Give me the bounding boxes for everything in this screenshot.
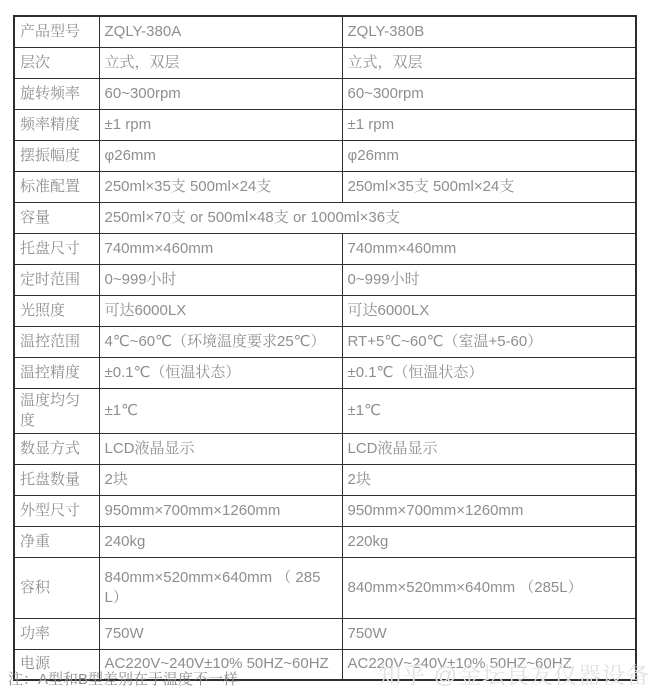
row-label: 标准配置 — [14, 171, 99, 202]
cell-model-a: LCD液晶显示 — [99, 433, 342, 464]
cell-model-a: 250ml×35支 500ml×24支 — [99, 171, 342, 202]
spec-table-body: 产品型号ZQLY-380AZQLY-380B层次立式，双层立式，双层旋转频率60… — [14, 16, 636, 680]
row-label: 托盘数量 — [14, 464, 99, 495]
cell-model-b: ±1℃ — [342, 388, 636, 433]
table-row: 频率精度±1 rpm±1 rpm — [14, 109, 636, 140]
table-row: 温控精度±0.1℃（恒温状态）±0.1℃（恒温状态） — [14, 357, 636, 388]
cell-model-b: 立式，双层 — [342, 47, 636, 78]
cell-model-b: 250ml×35支 500ml×24支 — [342, 171, 636, 202]
cell-model-a: ±0.1℃（恒温状态） — [99, 357, 342, 388]
cell-model-a: ZQLY-380A — [99, 16, 342, 47]
row-label: 温度均匀度 — [14, 388, 99, 433]
table-row: 容量250ml×70支 or 500ml×48支 or 1000ml×36支 — [14, 202, 636, 233]
cell-model-b: LCD液晶显示 — [342, 433, 636, 464]
table-row: 旋转频率60~300rpm60~300rpm — [14, 78, 636, 109]
row-label: 容量 — [14, 202, 99, 233]
cell-model-b: 0~999小时 — [342, 264, 636, 295]
cell-both-models: 250ml×70支 or 500ml×48支 or 1000ml×36支 — [99, 202, 636, 233]
table-row: 外型尺寸950mm×700mm×1260mm950mm×700mm×1260mm — [14, 495, 636, 526]
cell-model-a: 840mm×520mm×640mm （ 285 L） — [99, 557, 342, 618]
row-label: 托盘尺寸 — [14, 233, 99, 264]
row-label: 温控范围 — [14, 326, 99, 357]
row-label: 外型尺寸 — [14, 495, 99, 526]
table-row: 净重240kg220kg — [14, 526, 636, 557]
cell-model-b: ±1 rpm — [342, 109, 636, 140]
row-label: 光照度 — [14, 295, 99, 326]
table-row: 数显方式LCD液晶显示LCD液晶显示 — [14, 433, 636, 464]
cell-model-a: φ26mm — [99, 140, 342, 171]
cell-model-b: φ26mm — [342, 140, 636, 171]
cell-model-b: 2块 — [342, 464, 636, 495]
cell-model-a: 可达6000LX — [99, 295, 342, 326]
row-label: 功率 — [14, 618, 99, 649]
spec-table: 产品型号ZQLY-380AZQLY-380B层次立式，双层立式，双层旋转频率60… — [13, 15, 637, 681]
cell-model-b: 60~300rpm — [342, 78, 636, 109]
cell-model-b: ZQLY-380B — [342, 16, 636, 47]
row-label: 旋转频率 — [14, 78, 99, 109]
cell-model-b: 可达6000LX — [342, 295, 636, 326]
footnote-text: 注：A型和B型差别在于温度不一样 — [8, 668, 238, 689]
cell-model-a: 4℃~60℃（环境温度要求25℃） — [99, 326, 342, 357]
cell-model-b: RT+5℃~60℃（室温+5-60） — [342, 326, 636, 357]
table-row: 定时范围0~999小时0~999小时 — [14, 264, 636, 295]
cell-model-a: 740mm×460mm — [99, 233, 342, 264]
table-row: 产品型号ZQLY-380AZQLY-380B — [14, 16, 636, 47]
cell-model-a: 240kg — [99, 526, 342, 557]
row-label: 层次 — [14, 47, 99, 78]
cell-model-b: 840mm×520mm×640mm （285L） — [342, 557, 636, 618]
cell-model-a: 立式，双层 — [99, 47, 342, 78]
cell-model-a: 60~300rpm — [99, 78, 342, 109]
row-label: 数显方式 — [14, 433, 99, 464]
row-label: 温控精度 — [14, 357, 99, 388]
table-row: 容积840mm×520mm×640mm （ 285 L）840mm×520mm×… — [14, 557, 636, 618]
cell-model-a: 750W — [99, 618, 342, 649]
cell-model-a: ±1℃ — [99, 388, 342, 433]
row-label: 净重 — [14, 526, 99, 557]
row-label: 频率精度 — [14, 109, 99, 140]
table-row: 光照度可达6000LX可达6000LX — [14, 295, 636, 326]
cell-model-b: 950mm×700mm×1260mm — [342, 495, 636, 526]
page: 产品型号ZQLY-380AZQLY-380B层次立式，双层立式，双层旋转频率60… — [0, 0, 652, 696]
row-label: 容积 — [14, 557, 99, 618]
table-row: 摆振幅度φ26mmφ26mm — [14, 140, 636, 171]
table-row: 托盘尺寸740mm×460mm740mm×460mm — [14, 233, 636, 264]
cell-model-a: ±1 rpm — [99, 109, 342, 140]
table-row: 标准配置250ml×35支 500ml×24支250ml×35支 500ml×2… — [14, 171, 636, 202]
row-label: 产品型号 — [14, 16, 99, 47]
cell-model-b: ±0.1℃（恒温状态） — [342, 357, 636, 388]
cell-model-b: 740mm×460mm — [342, 233, 636, 264]
table-row: 温控范围4℃~60℃（环境温度要求25℃）RT+5℃~60℃（室温+5-60） — [14, 326, 636, 357]
row-label: 定时范围 — [14, 264, 99, 295]
table-row: 托盘数量2块2块 — [14, 464, 636, 495]
watermark-text: 知乎 @金坛良友仪器设备 — [378, 657, 650, 690]
cell-model-b: 750W — [342, 618, 636, 649]
cell-model-b: 220kg — [342, 526, 636, 557]
table-row: 层次立式，双层立式，双层 — [14, 47, 636, 78]
cell-model-a: 2块 — [99, 464, 342, 495]
table-row: 温度均匀度±1℃±1℃ — [14, 388, 636, 433]
table-row: 功率750W750W — [14, 618, 636, 649]
cell-model-a: 950mm×700mm×1260mm — [99, 495, 342, 526]
row-label: 摆振幅度 — [14, 140, 99, 171]
cell-model-a: 0~999小时 — [99, 264, 342, 295]
